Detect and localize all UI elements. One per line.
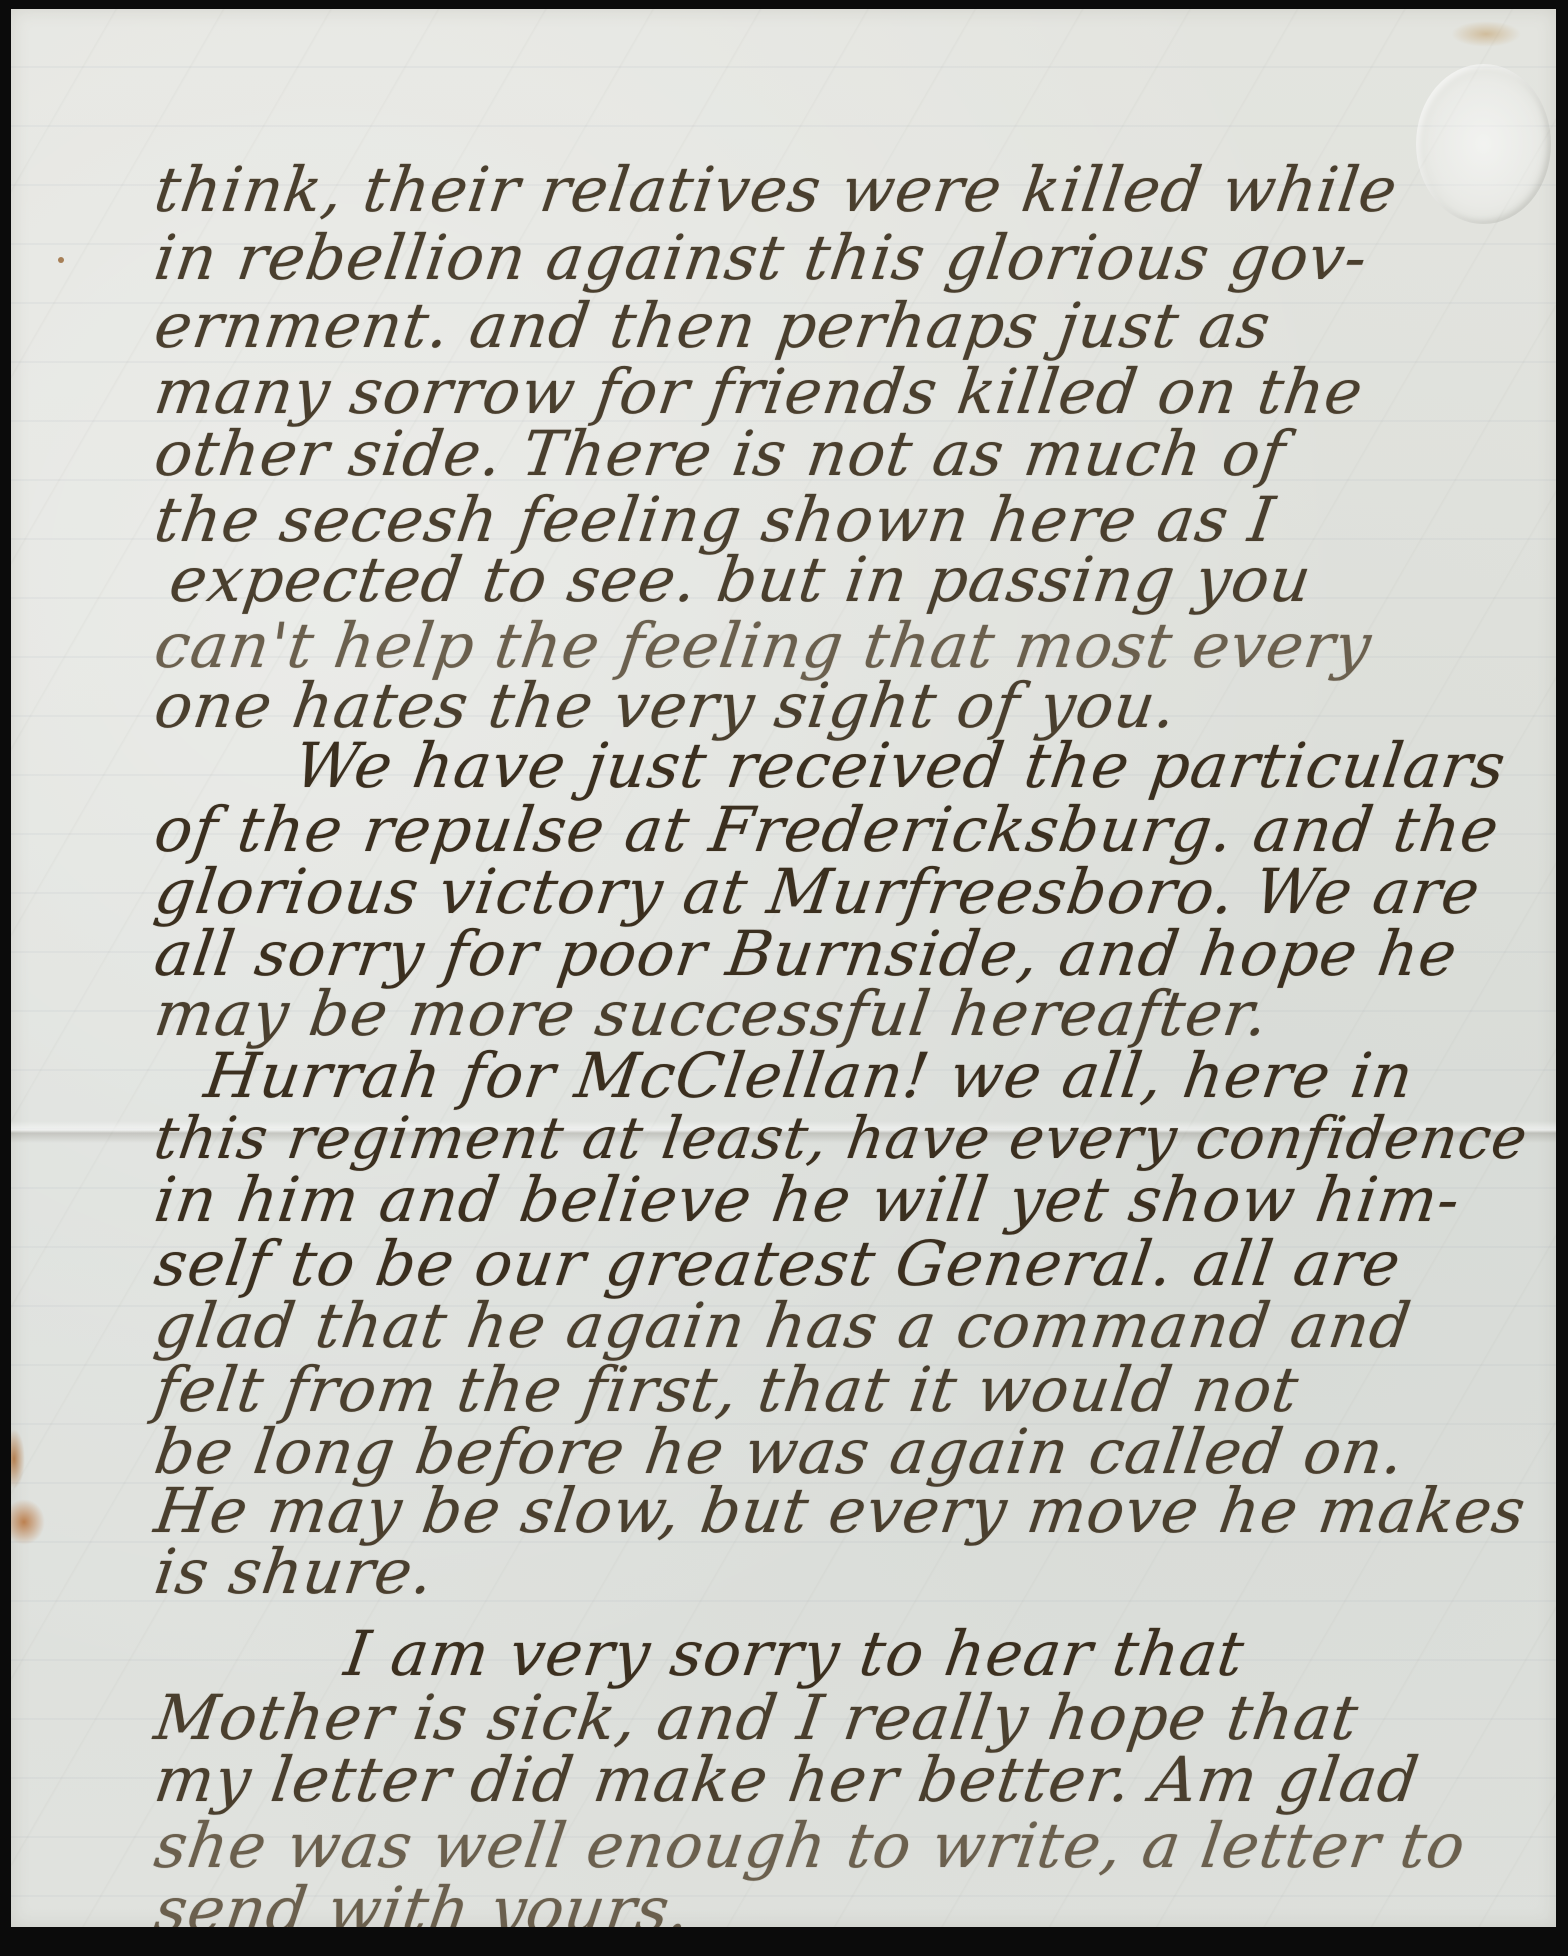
letter-line: send with yours. [151,1879,694,1927]
paragraph-start-line: We have just received the particulars [291,735,1510,797]
paragraph-start-line: I am very sorry to hear that [341,1623,1248,1685]
letter-line: the secesh feeling shown here as I [151,489,1279,551]
letter-line: my letter did make her better. Am glad [151,1749,1423,1811]
letter-line: is shure. [151,1541,438,1603]
letter-line: expected to see. but in passing you [166,549,1315,611]
scan-background: think, their relatives were killed while… [0,0,1568,1956]
letter-line: of the repulse at Fredericksburg. and th… [151,799,1503,861]
letter-line: self to be our greatest General. all are [151,1233,1405,1295]
letter-line: may be more successful hereafter. [151,983,1272,1045]
letter-line: all sorry for poor Burnside, and hope he [151,923,1461,985]
letter-line: this regiment at least, have every confi… [151,1109,1531,1167]
letter-line: felt from the first, that it would not [151,1359,1303,1421]
letter-page: think, their relatives were killed while… [11,9,1556,1927]
letter-line: glorious victory at Murfreesboro. We are [151,861,1484,923]
letter-line: think, their relatives were killed while [151,159,1401,221]
letter-line: one hates the very sight of you. [151,675,1181,737]
letter-line: Mother is sick, and I really hope that [151,1687,1362,1749]
letter-line: in rebellion against this glorious gov- [151,227,1371,289]
paragraph-start-line: Hurrah for McClellan! we all, here in [201,1045,1417,1107]
letter-line: He may be slow, but every move he makes [151,1481,1530,1543]
letter-line: other side. There is not as much of [151,423,1289,485]
letter-line: in him and believe he will yet show him- [151,1169,1464,1231]
letter-body: think, their relatives were killed while… [11,9,1556,1927]
letter-line: she was well enough to write, a letter t… [151,1815,1470,1877]
letter-line: can't help the feeling that most every [151,615,1375,677]
letter-line: glad that he again has a command and [151,1295,1415,1357]
letter-line: many sorrow for friends killed on the [151,361,1367,423]
letter-line: ernment. and then perhaps just as [151,295,1275,357]
letter-line: be long before he was again called on. [151,1421,1408,1483]
